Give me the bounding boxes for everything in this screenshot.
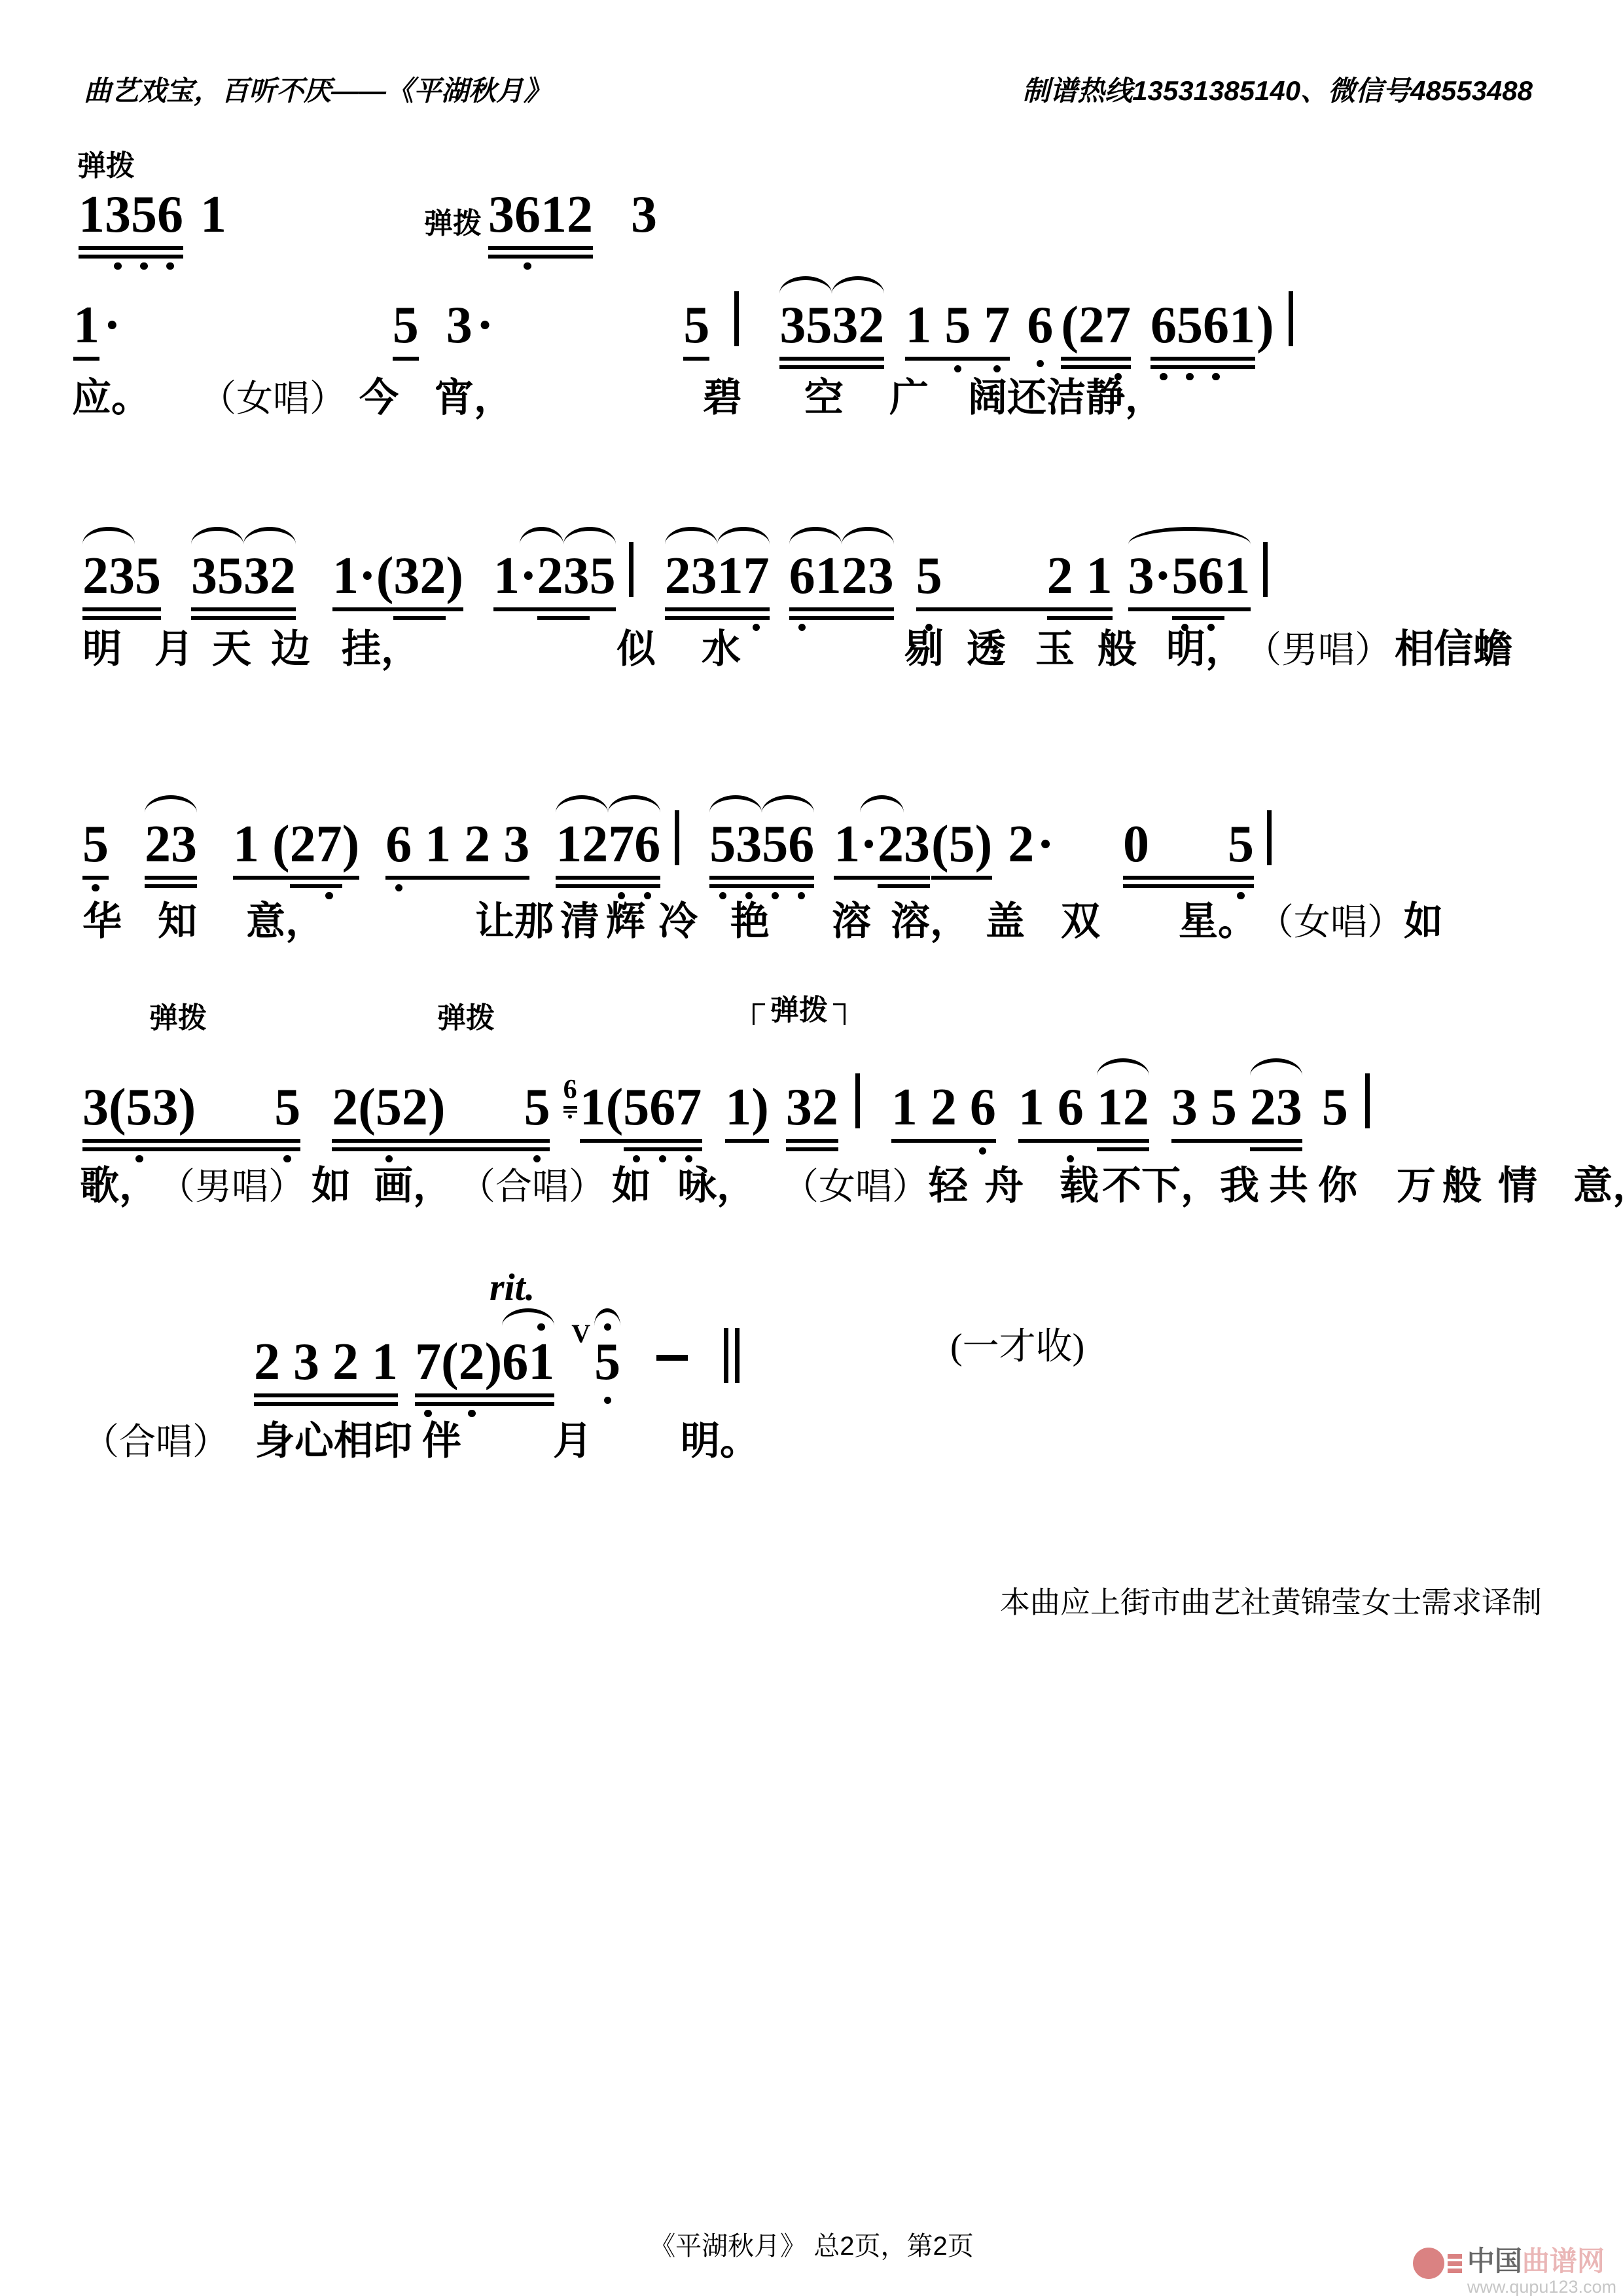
logo-circle-icon [1413,2248,1444,2279]
note-group: 1 6 12 [1018,1081,1149,1134]
note-char [1044,1081,1058,1134]
note-char: 1 [580,1081,606,1134]
lyric: 冷 [658,902,698,941]
note-char: 2 [82,550,109,602]
note-group: 5 [82,818,109,870]
lyric: 不 [1102,1166,1141,1206]
note-char: 7 [608,818,634,870]
octave-dot-below [92,884,99,891]
note-char: ) [179,1081,196,1134]
note-char: 5 [683,299,709,351]
lyric: 画， [374,1166,452,1206]
note-char: 3 [904,818,930,870]
beam-line [332,1139,550,1143]
beam-line [393,357,419,361]
breath-mark: V [571,1321,590,1347]
octave-dot-below [1212,373,1219,380]
slur-arc [563,527,616,545]
note-char [1084,1081,1097,1134]
note-char [995,550,1008,602]
note-group: 2 [1008,818,1034,870]
slur-arc [145,795,197,813]
note-char: 5 [131,188,157,241]
octave-dot-below [568,1115,572,1119]
note-char: 6 [788,818,814,870]
octave-dot-below [114,262,121,270]
lyric: 洁 [1046,378,1086,418]
beam-line [665,607,770,611]
beam-line [1018,1139,1149,1143]
beam-line [82,1147,300,1151]
lyric: 那 [514,902,554,941]
beam-line [786,1139,838,1143]
note-group: 0 5 [1123,818,1254,870]
note-char: 1 [233,818,259,870]
note-char [955,550,969,602]
watermark-url: www.qupu123.com [1467,2277,1616,2296]
lyrics-row: 明月天边挂，似水剔透玉般明，（男唱）相信蟾 [0,630,1512,669]
beam-line [82,607,161,611]
watermark-brand-light: 曲谱网 [1522,2246,1605,2276]
note-char: 2 [1250,1081,1276,1134]
lyric: 碧 [703,378,742,418]
lyric: 剔 [904,630,944,669]
note-char: 3 [191,550,217,602]
note-group: 6 1 2 3 [385,818,529,870]
lyric: 星。 [1179,902,1257,941]
slur-arc [842,527,894,545]
lyric: 艳 [730,902,770,941]
note-char: 6 [970,1081,996,1134]
lyric: 意， [1573,1166,1623,1206]
note-group: 1356 [79,188,183,241]
note-char: 2 [537,550,563,602]
singer-tag: （合唱） [459,1169,605,1206]
barline [1365,1073,1370,1128]
note-char [248,1081,261,1134]
bracket-right-icon [833,1003,846,1025]
beam-line [1128,607,1251,611]
note-group: 1 (27) [233,818,359,870]
note-char [1188,818,1202,870]
note-char: 5 [1171,550,1198,602]
note-char [222,1081,235,1134]
note-char: 5 [217,550,243,602]
octave-dot-below [719,892,726,899]
note-group: 1·235 [493,550,616,602]
beam-line [488,255,593,259]
note-char [280,1336,293,1388]
note-char [1162,818,1175,870]
note-char: 5 [376,1081,402,1134]
dash-extension [656,1355,688,1361]
note-char: 6 [634,818,660,870]
lyric: 宵， [435,378,513,418]
note-char: · [1154,550,1172,602]
note-group: 5 [393,299,419,351]
note-char: 5 [1177,299,1203,351]
note-char: 3 [691,550,717,602]
note-char: 5 [944,299,971,351]
score-page: 曲艺戏宝，百听不厌——《平湖秋月》 制谱热线13531385140、微信号485… [0,0,1623,2296]
ending-label: (一才收) [950,1329,1084,1365]
octave-dot-below [325,892,332,899]
note-char [1237,1081,1250,1134]
beam-line [786,1147,838,1151]
note-char: 6 [514,188,541,241]
slur-arc [860,795,904,813]
slur-arc [762,795,814,813]
lyric: 盖 [986,902,1025,941]
note-char: 3 [832,299,858,351]
note-char [511,1081,524,1134]
lyric: 相 [1395,630,1434,669]
lyric: 般 [1442,1166,1482,1206]
note-char: ) [751,1081,769,1134]
note-char: ( [606,1081,624,1134]
octave-dot-below [798,892,805,899]
singer-tag: （女唱） [1257,905,1404,941]
note-char: 3 [1128,550,1154,602]
tanbo-label: 弹拨 [753,996,846,1025]
octave-dot-below [954,365,961,372]
note-char: 7 [415,1336,441,1388]
lyric: 相 [334,1422,373,1461]
note-char: 3 [563,550,590,602]
beam-line [145,876,197,880]
octave-dot-below [745,892,753,899]
beam-line [82,876,109,880]
beam-line [332,607,463,611]
note-char: 3 [171,818,197,870]
watermark-text: 中国曲谱网 www.qupu123.com [1467,2248,1616,2296]
beam-line [145,884,197,888]
note-char: 5 [1322,1081,1348,1134]
note-char [969,550,982,602]
note-char: 2 [567,188,593,241]
note-char [982,550,995,602]
note-char: 1 [425,818,451,870]
lyric: 透 [967,630,1006,669]
note-char: 3 [779,299,806,351]
lyric: 你 [1318,1166,1357,1206]
beam-line [385,876,529,880]
slur-arc [502,1308,554,1326]
slur-arc [665,527,717,545]
note-char: 7 [984,299,1010,351]
note-char: 6 [385,818,412,870]
barline [1267,810,1272,865]
slur-arc [520,527,563,545]
note-char: 7 [316,818,342,870]
note-char [1073,550,1086,602]
note-char: 6 [649,1081,675,1134]
lyric: 应。 [72,378,151,418]
lyrics-row: 应。（女唱）今宵，碧空广阔还洁静， [0,378,1164,418]
note-group: 3 [446,299,473,351]
music-score: 弹拨弹拨13561361231·53·535321 5 76(276561)应。… [0,0,1623,2296]
note-char: 2 [665,550,691,602]
note-char: 2 [582,818,608,870]
beam-line [537,616,590,620]
note-group: 1276 [556,818,660,870]
lyric: 身 [255,1422,294,1461]
note-char: 5 [594,1336,620,1388]
tanbo-label-text: 弹拨 [770,994,828,1026]
note-group: 5 2 1 [916,550,1113,602]
beam-line [393,616,446,620]
beam-line [254,1393,398,1397]
note-char: 3 [293,1336,319,1388]
note-char: ) [342,818,360,870]
lyric: 明 [82,630,122,669]
octave-dot-below [1186,373,1193,380]
note-char: 1 [556,818,582,870]
note-char: 6 [1058,1081,1084,1134]
lyric: 下， [1141,1166,1220,1206]
note-char: 1 [1224,550,1250,602]
octave-dot-below [979,1147,986,1155]
lyric: 如 [612,1166,651,1206]
page-footer: 《平湖秋月》 总2页，第2页 [0,2225,1623,2263]
beam-line [1150,357,1255,361]
lyric: 边 [271,630,310,669]
note-char: 2 [145,818,171,870]
note-char: 2 [254,1336,280,1388]
note-char: ( [376,550,394,602]
note-char: 3 [488,188,514,241]
note-group: 3612 [488,188,593,241]
note-char: 1 [332,550,359,602]
barline [1263,542,1268,597]
rit-label: rit. [490,1268,535,1306]
beam-line [905,357,1010,361]
lyric: 如 [1404,902,1443,941]
note-char [957,1081,970,1134]
notes-row: 3(53) 52(52) 561(5671)321 2 61 6 123 5 2… [0,1073,1370,1134]
barline [1289,291,1293,346]
site-watermark: 中国曲谱网 www.qupu123.com [1413,2248,1616,2296]
note-char [1008,550,1021,602]
note-char: ) [485,1336,503,1388]
note-group: 3(53) 5 [82,1081,300,1134]
note-char: · [476,299,494,351]
slur-arc [594,1308,620,1326]
lyric: 载 [1060,1166,1099,1206]
octave-dot-below [659,1155,666,1162]
note-char: 1 [834,818,860,870]
note-char: 2 [270,550,296,602]
beam-line [916,607,1113,611]
lyrics-row: 歌，（男唱）如画，（合唱）如咏，（女唱）轻舟载不下，我共你万般情意， [0,1166,1623,1206]
lyric: 轻 [929,1166,968,1206]
beam-line [415,1402,554,1406]
note-group: 32 [786,1081,838,1134]
note-group: 3532 [191,550,296,602]
lyric: 玉 [1035,630,1075,669]
lyric: 天 [212,630,251,669]
lyric: 明。 [681,1422,759,1461]
note-char [451,818,464,870]
note-char: 7 [1105,299,1131,351]
lyric: 印 [373,1422,412,1461]
note-char [1034,550,1047,602]
note-char: 1 [79,188,105,241]
note-char [485,1081,498,1134]
note-char [472,1081,485,1134]
note-char: 3 [631,188,657,241]
note-char: 1 [1018,1081,1044,1134]
note-char: 3 [736,818,762,870]
beam-line [73,357,99,361]
note-char: 3 [109,550,135,602]
beam-line [1172,616,1224,620]
beam-line [1150,365,1255,369]
beam-line [789,607,894,611]
lyric: 信 [1434,630,1473,669]
note-char: 3 [82,1081,109,1134]
lyric: 情 [1498,1166,1537,1206]
beam-line [254,1402,398,1406]
beam-line [709,876,814,880]
note-char: 1 [905,299,931,351]
note-group: · [476,299,494,351]
note-char: 3 [393,550,419,602]
beam-line [779,357,884,361]
note-char: 1 [717,550,743,602]
note-group: 3532 [779,299,884,351]
tanbo-label: 弹拨 [77,152,135,181]
note-char: 5 [916,550,942,602]
final-barline [724,1328,740,1383]
note-char [412,818,425,870]
octave-dot-below [993,365,1001,372]
note-char [459,1081,472,1134]
note-char: 6 [1203,299,1229,351]
note-group: 1(567 [580,1081,702,1134]
note-char [235,1081,248,1134]
octave-dot-below [772,892,779,899]
lyric: 歌， [80,1166,158,1206]
note-group: 2 3 2 1 [254,1336,398,1388]
bar-thin [724,1328,728,1383]
note-char: 1 [891,1081,918,1134]
watermark-brand: 中国曲谱网 [1467,2248,1616,2275]
note-group: 1) [725,1081,769,1134]
note-char [259,818,272,870]
note-char: · [860,818,878,870]
lyric: 溶 [832,902,871,941]
octave-dot-below [633,1155,640,1162]
note-char [261,1081,274,1134]
lyric: 意， [246,902,325,941]
octave-dot-below [140,262,147,270]
lyric: 似 [616,630,656,669]
note-char: 2 [459,1336,485,1388]
note-char: 2 [858,299,884,351]
note-char: 6 [502,1336,528,1388]
note-char [490,818,503,870]
note-char [918,1081,931,1134]
note-group: 5 [683,299,709,351]
note-char: 2 [812,1081,838,1134]
note-char: 1 [1097,1081,1123,1134]
note-char [1175,818,1188,870]
note-group: 5356 [709,818,814,870]
tanbo-label: 弹拨 [437,1004,495,1033]
lyrics-row: 华知意，让那清辉冷艳溶溶，盖双星。（女唱）如 [0,902,1443,941]
lyric: 月 [553,1422,592,1461]
octave-dot-below [618,892,625,899]
slur-arc [779,276,832,294]
note-group: 6123 [789,550,894,602]
lyric: 伴 [422,1422,461,1461]
note-char [1215,818,1228,870]
beam-line [290,884,342,888]
note-char: 5 [82,818,109,870]
singer-tag: （男唱） [1245,632,1391,669]
beam-line [82,616,161,620]
note-char: ) [446,550,463,602]
lyric: 知 [158,902,197,941]
note-group: 5 [594,1336,620,1388]
beam-line [79,246,183,250]
note-group: · [1037,818,1054,870]
lyric: 舟 [984,1166,1024,1206]
note-char: 2 [419,550,446,602]
note-char: 5 [949,818,975,870]
note-char [319,1336,332,1388]
note-group: 1 [200,188,226,241]
note-char: 5 [274,1081,300,1134]
note-group: 235 [82,550,161,602]
slur-arc [717,527,770,545]
note-char: 3 [786,1081,812,1134]
slur-arc [1097,1058,1149,1076]
note-char: · [520,550,537,602]
octave-dot-below [424,1410,431,1417]
barline [734,291,739,346]
beam-line [1123,876,1254,880]
octave-dot-below [395,884,402,891]
beam-line [82,1139,300,1143]
lyric: 挂， [342,630,420,669]
note-char: ( [1061,299,1079,351]
beam-line [556,884,660,888]
note-char [359,1336,372,1388]
slur-arc [789,527,842,545]
beam-line [1047,616,1113,620]
note-char: 2 [290,818,316,870]
beam-line [1061,365,1131,369]
beam-line [1171,1139,1302,1143]
octave-dot-below [385,1155,393,1162]
beam-line [580,1139,702,1143]
note-char: 2 [1123,1081,1149,1134]
beam-line [789,616,894,620]
note-char: 3 [1276,1081,1302,1134]
barline [855,1073,860,1128]
note-char: 5 [126,1081,152,1134]
note-char: 5 [590,550,616,602]
lyric: 心 [294,1422,334,1461]
note-char: 3 [105,188,131,241]
note-char: 3 [503,818,529,870]
note-group: 7(2)61 [415,1336,554,1388]
beam-line [563,1111,577,1113]
note-char: 2 [332,1081,358,1134]
singer-tag: （女唱） [200,381,346,418]
